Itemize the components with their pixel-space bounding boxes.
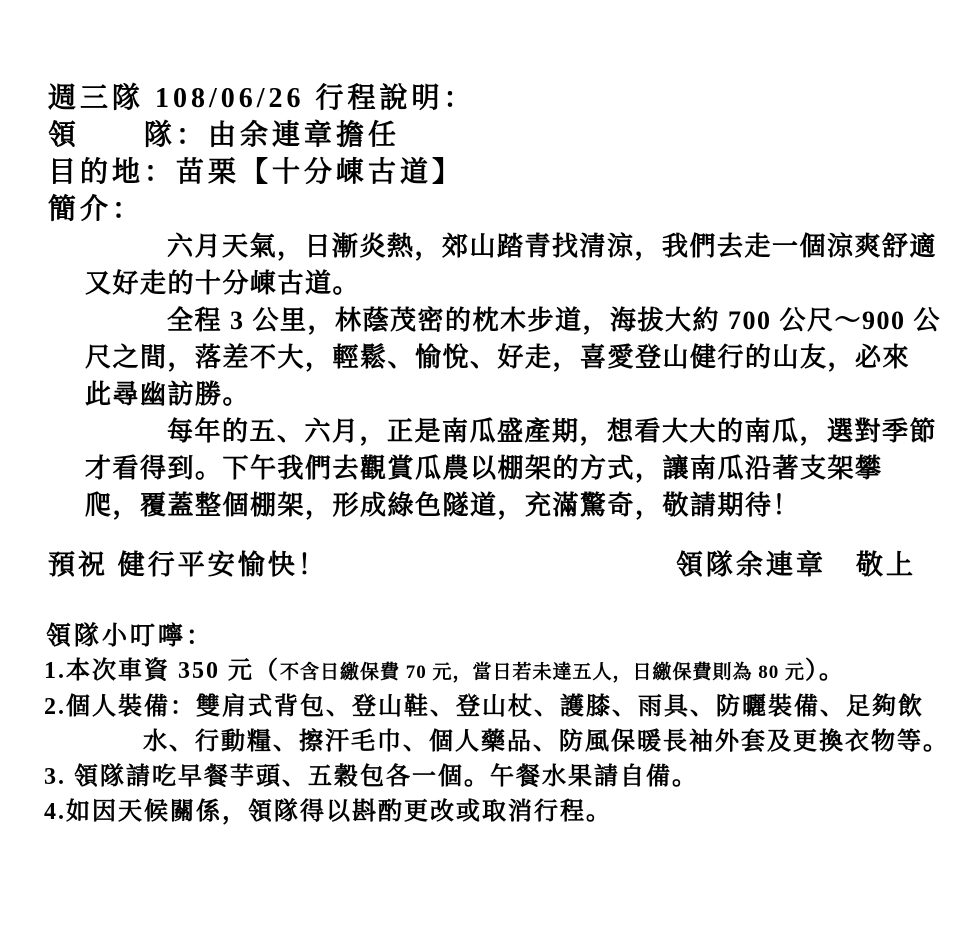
intro-paragraph-2: 全程 3 公里，林蔭茂密的枕木步道，海拔大約 700 公尺～900 公 尺之間，… [85, 302, 940, 413]
destination-line: 目的地：苗栗【十分崠古道】 [48, 154, 940, 191]
reminder-item-4: 4.如因天候關係，領隊得以斟酌更改或取消行程。 [44, 795, 940, 830]
paragraph-line: 爬，覆蓋整個棚架，形成綠色隧道，充滿驚奇，敬請期待！ [85, 487, 940, 524]
leader-line: 領 隊：由余連章擔任 [48, 117, 940, 154]
paragraph-line: 才看得到。下午我們去觀賞瓜農以棚架的方式，讓南瓜沿著支架攀 [85, 450, 940, 487]
intro-label: 簡介： [48, 191, 940, 228]
intro-paragraph-3: 每年的五、六月，正是南瓜盛產期，想看大大的南瓜，選對季節 才看得到。下午我們去觀… [85, 413, 940, 524]
closing-wish: 預祝 健行平安愉快！ [48, 547, 328, 584]
intro-paragraph-1: 六月天氣，日漸炎熱，郊山踏青找清涼，我們去走一個涼爽舒適 又好走的十分崠古道。 [85, 228, 940, 302]
reminder-1-suffix: ）。 [805, 658, 845, 684]
closing-signature: 領隊余連章 敬上 [676, 547, 916, 584]
reminder-item-2: 2.個人裝備：雙肩式背包、登山鞋、登山杖、護膝、雨具、防曬裝備、足夠飲 水、行動… [44, 690, 940, 760]
paragraph-line: 又好走的十分崠古道。 [85, 265, 940, 302]
paragraph-line: 每年的五、六月，正是南瓜盛產期，想看大大的南瓜，選對季節 [85, 413, 940, 450]
reminder-1-note: 不含日繳保費 70 元，當日若未達五人，日繳保費則為 80 元 [280, 662, 805, 683]
paragraph-line: 全程 3 公里，林蔭茂密的枕木步道，海拔大約 700 公尺～900 公 [85, 302, 940, 339]
reminder-2-line-1: 2.個人裝備：雙肩式背包、登山鞋、登山杖、護膝、雨具、防曬裝備、足夠飲 [44, 690, 940, 725]
trip-title: 週三隊 108/06/26 行程說明： [48, 80, 940, 117]
paragraph-line: 尺之間，落差不大，輕鬆、愉悅、好走，喜愛登山健行的山友，必來 [85, 339, 940, 376]
trip-announcement-document: 週三隊 108/06/26 行程說明： 領 隊：由余連章擔任 目的地：苗栗【十分… [0, 0, 980, 830]
reminder-item-3: 3. 領隊請吃早餐芋頭、五穀包各一個。午餐水果請自備。 [44, 760, 940, 795]
reminder-2-line-2: 水、行動糧、擦汗毛巾、個人藥品、防風保暖長袖外套及更換衣物等。 [44, 725, 940, 760]
paragraph-line: 六月天氣，日漸炎熱，郊山踏青找清涼，我們去走一個涼爽舒適 [85, 228, 940, 265]
paragraph-line: 此尋幽訪勝。 [85, 376, 940, 413]
reminders-title: 領隊小叮嚀： [46, 619, 940, 654]
reminder-1-prefix: 1.本次車資 350 元（ [44, 658, 280, 684]
reminder-item-1: 1.本次車資 350 元（不含日繳保費 70 元，當日若未達五人，日繳保費則為 … [44, 654, 940, 690]
closing-row: 預祝 健行平安愉快！ 領隊余連章 敬上 [48, 547, 940, 584]
